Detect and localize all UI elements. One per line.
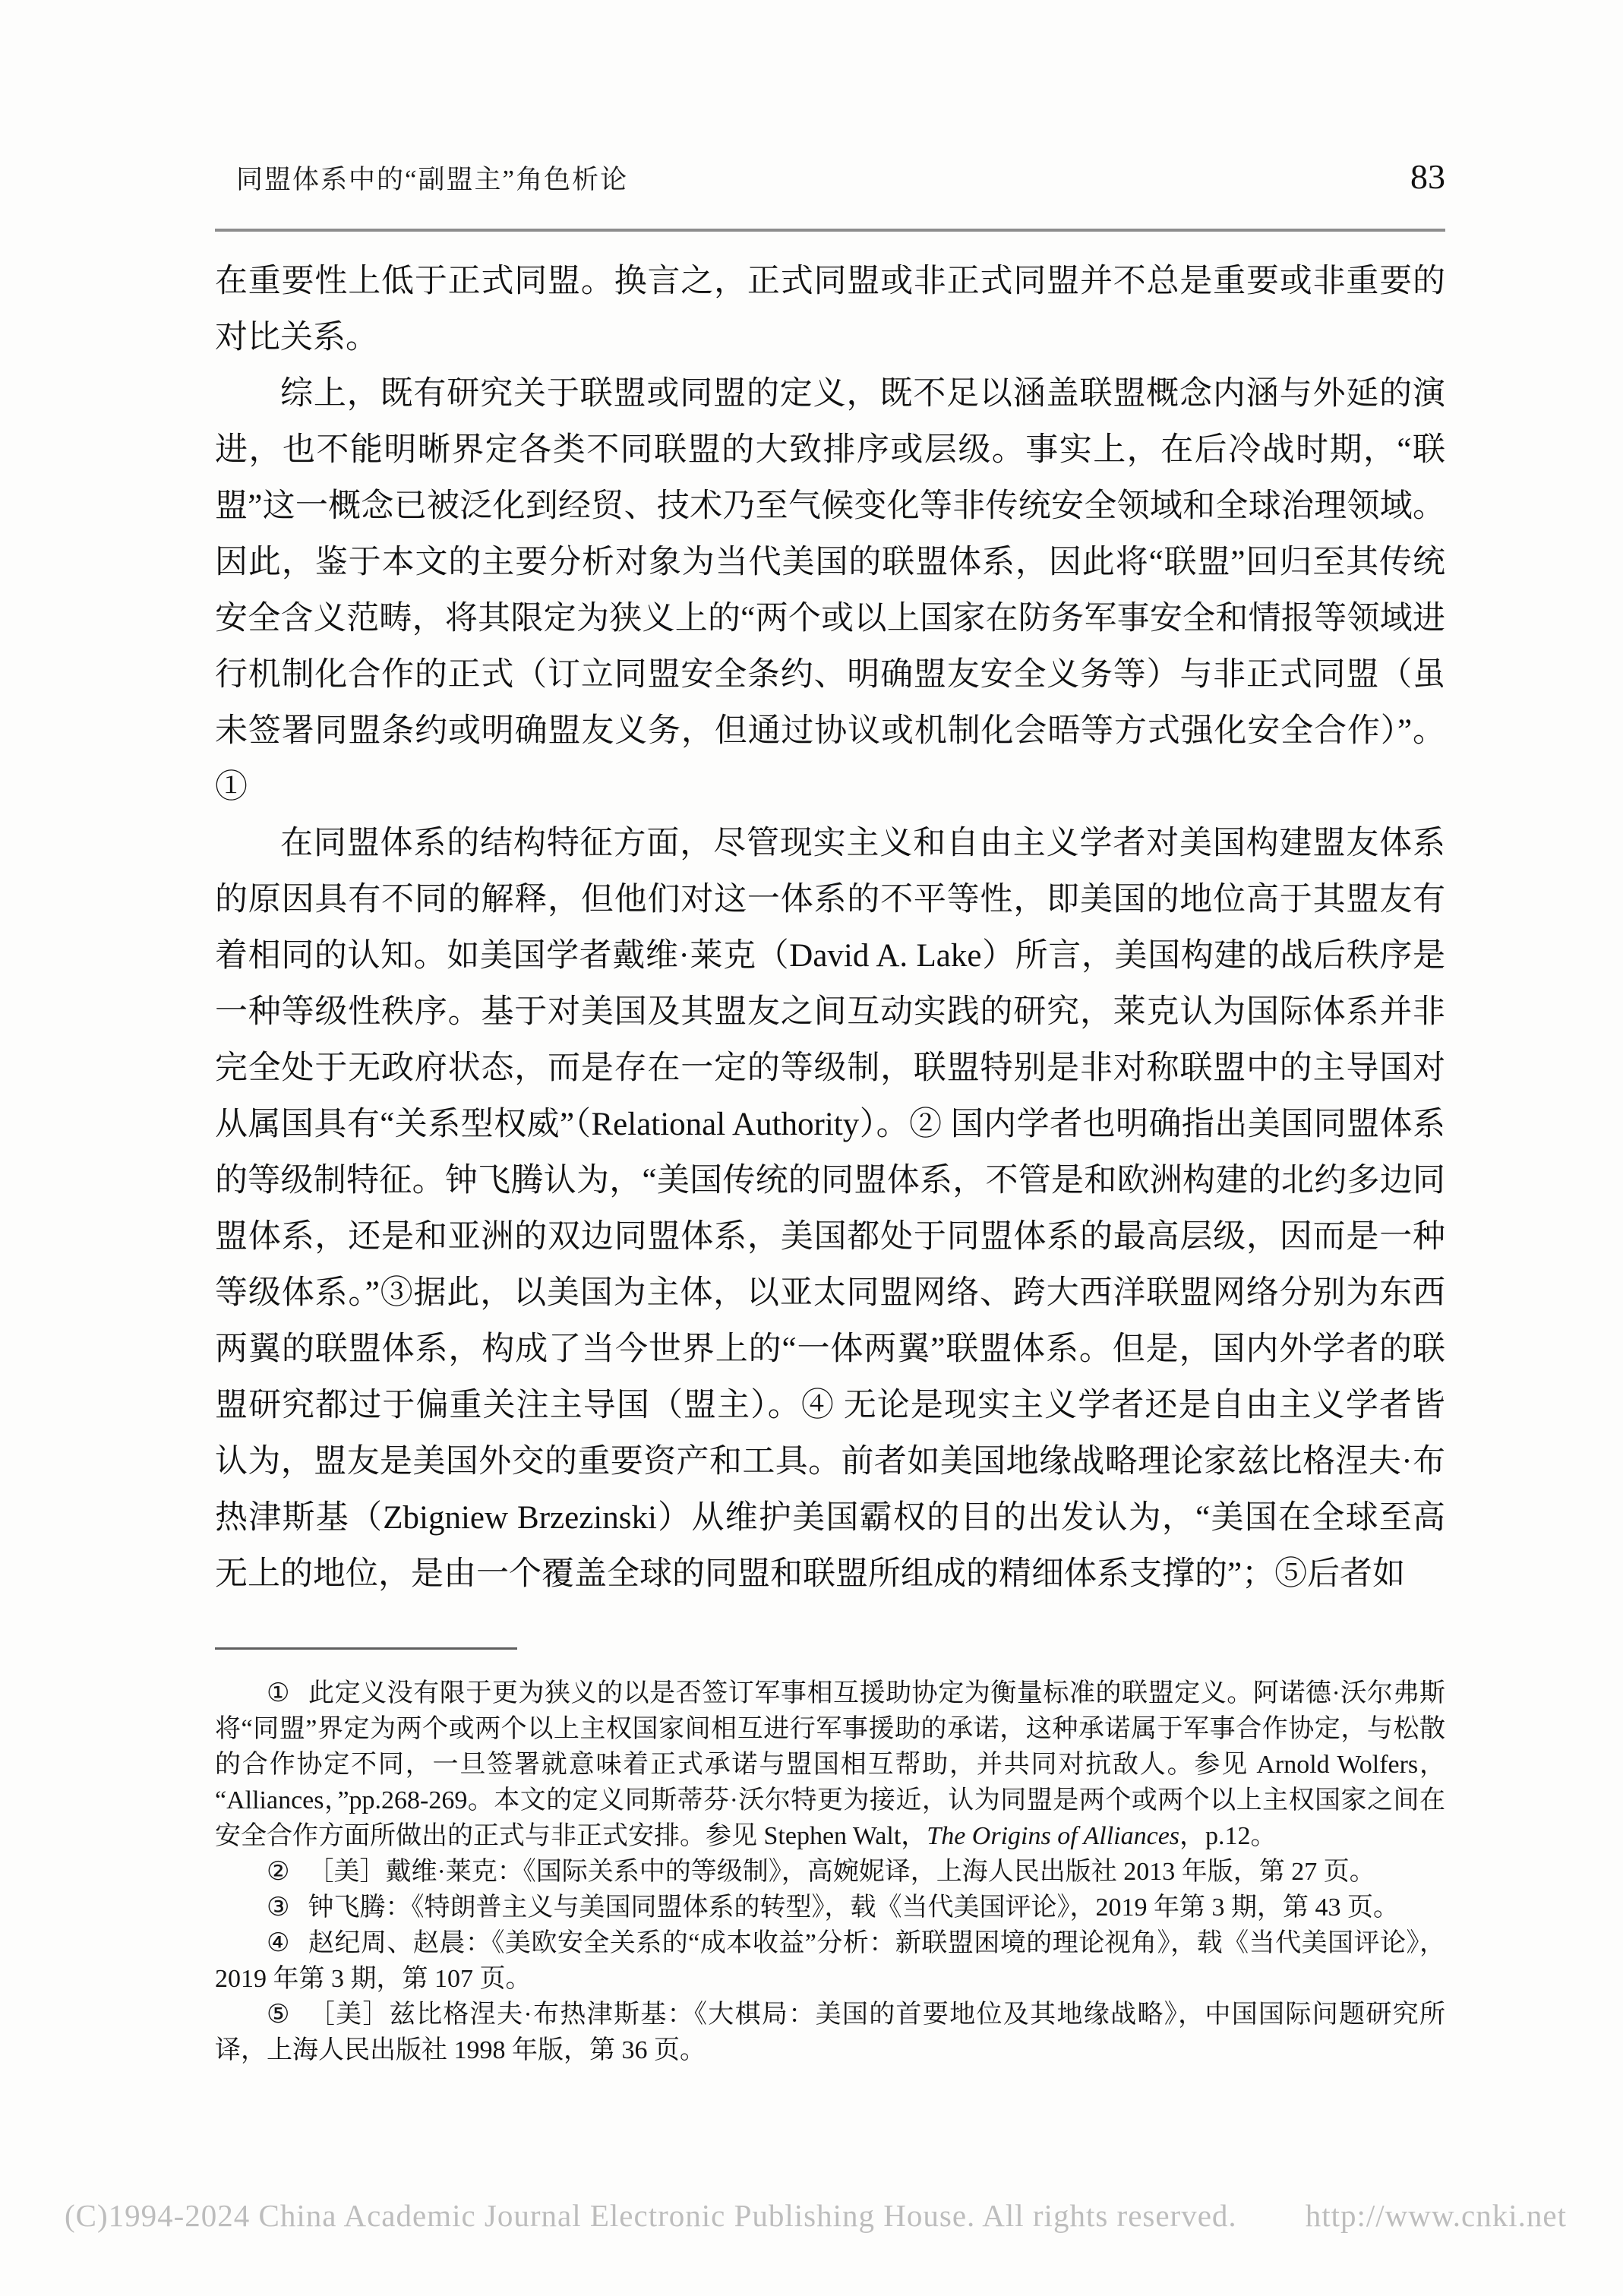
running-title: 同盟体系中的“副盟主”角色析论 <box>215 159 628 197</box>
footnote-separator <box>215 1647 517 1650</box>
footnote-marker: ③ <box>267 1893 289 1922</box>
journal-page: 同盟体系中的“副盟主”角色析论 83 在重要性上低于正式同盟。换言之，正式同盟或… <box>0 0 1623 2296</box>
footnote-item: ⑤［美］兹比格涅夫·布热津斯基：《大棋局：美国的首要地位及其地缘战略》，中国国际… <box>215 1997 1445 2068</box>
footnote-item: ①此定义没有限于更为狭义的以是否签订军事相互援助协定为衡量标准的联盟定义。阿诺德… <box>215 1675 1445 1854</box>
paragraph: 在同盟体系的结构特征方面，尽管现实主义和自由主义学者对美国构建盟友体系的原因具有… <box>215 816 1445 1603</box>
copyright-notice: (C)1994-2024 China Academic Journal Elec… <box>65 2197 1237 2234</box>
header-rule <box>215 229 1445 232</box>
footnote-text: ［美］戴维·莱克：《国际关系中的等级制》，高婉妮译，上海人民出版社 2013 年… <box>308 1858 1375 1886</box>
footnote-item: ②［美］戴维·莱克：《国际关系中的等级制》，高婉妮译，上海人民出版社 2013 … <box>215 1854 1445 1890</box>
footnote-marker: ② <box>267 1858 289 1886</box>
page-footer: (C)1994-2024 China Academic Journal Elec… <box>65 2197 1567 2234</box>
footnote-text: 钟飞腾：《特朗普主义与美国同盟体系的转型》，载《当代美国评论》，2019 年第 … <box>308 1893 1399 1922</box>
article-body: 在重要性上低于正式同盟。换言之，正式同盟或非正式同盟并不总是重要或非重要的对比关… <box>215 254 1445 1603</box>
footnote-item: ③钟飞腾：《特朗普主义与美国同盟体系的转型》，载《当代美国评论》，2019 年第… <box>215 1890 1445 1925</box>
footnote-marker: ⑤ <box>267 2001 291 2029</box>
footer-url: http://www.cnki.net <box>1306 2197 1567 2234</box>
page-number: 83 <box>1410 156 1445 197</box>
footnote-text: 赵纪周、赵晨：《美欧安全关系的“成本收益”分析：新联盟困境的理论视角》，载《当代… <box>215 1929 1445 1993</box>
footnote-text: 此定义没有限于更为狭义的以是否签订军事相互援助协定为衡量标准的联盟定义。阿诺德·… <box>215 1679 1445 1850</box>
footnote-marker: ① <box>267 1679 290 1707</box>
footnotes-section: ①此定义没有限于更为狭义的以是否签订军事相互援助协定为衡量标准的联盟定义。阿诺德… <box>215 1675 1445 2068</box>
footnote-marker: ④ <box>267 1929 290 1957</box>
running-header: 同盟体系中的“副盟主”角色析论 83 <box>215 156 1445 197</box>
paragraph-continuation: 在重要性上低于正式同盟。换言之，正式同盟或非正式同盟并不总是重要或非重要的对比关… <box>215 254 1445 366</box>
paragraph: 综上，既有研究关于联盟或同盟的定义，既不足以涵盖联盟概念内涵与外延的演进，也不能… <box>215 366 1445 816</box>
footnote-text: ［美］兹比格涅夫·布热津斯基：《大棋局：美国的首要地位及其地缘战略》，中国国际问… <box>215 2001 1445 2064</box>
footnote-item: ④赵纪周、赵晨：《美欧安全关系的“成本收益”分析：新联盟困境的理论视角》，载《当… <box>215 1925 1445 1997</box>
